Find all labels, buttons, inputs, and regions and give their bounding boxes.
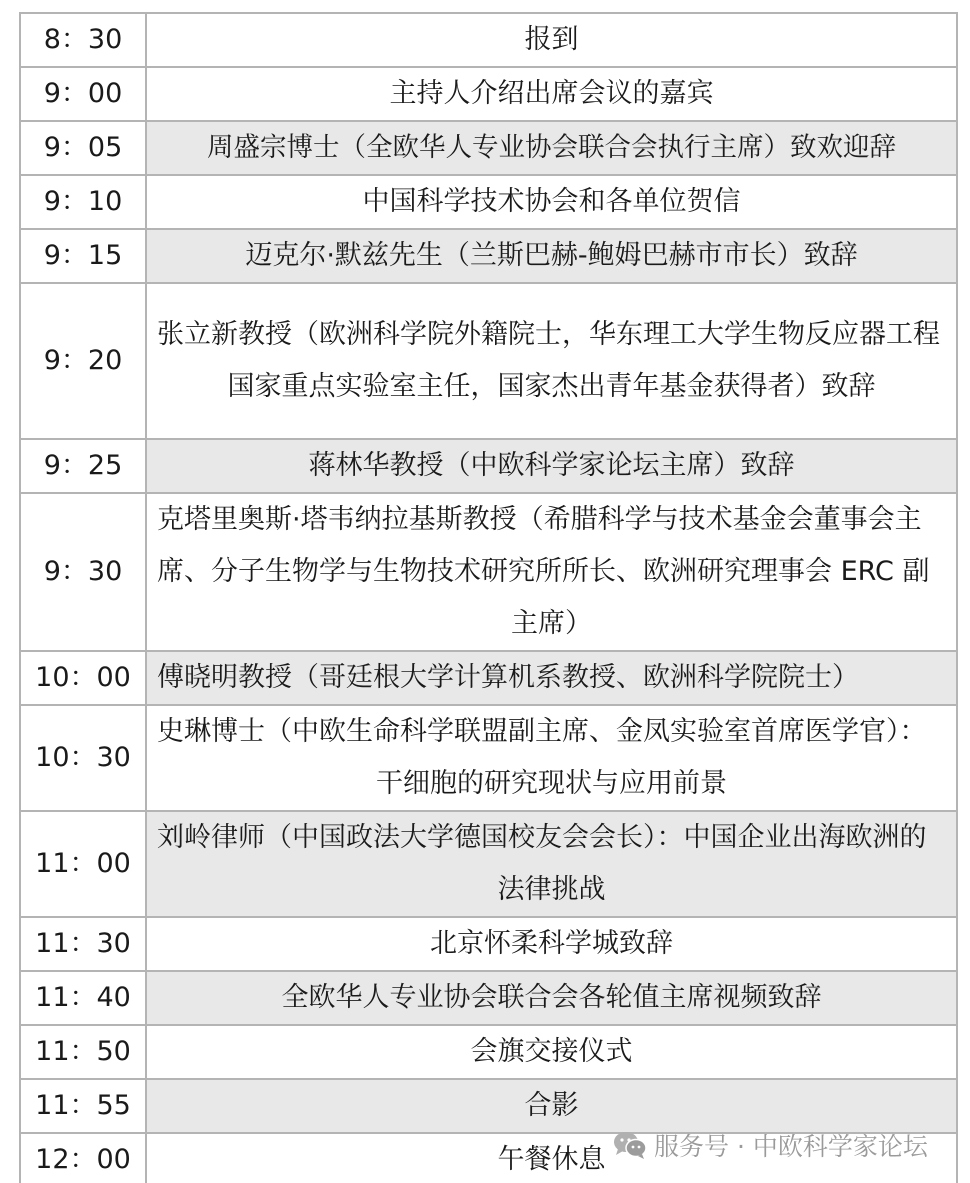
agenda-time: 9：00 — [20, 67, 146, 121]
agenda-time: 9：25 — [20, 439, 146, 493]
agenda-row: 11：00 刘岭律师（中国政法大学德国校友会会长）：中国企业出海欧洲的法律挑战 — [20, 811, 957, 917]
agenda-row: 9：25 蒋林华教授（中欧科学家论坛主席）致辞 — [20, 439, 957, 493]
agenda-time: 10：30 — [20, 705, 146, 811]
watermark-text: 服务号 · 中欧科学家论坛 — [654, 1127, 928, 1163]
agenda-event: 北京怀柔科学城致辞 — [146, 917, 957, 971]
agenda-event: 张立新教授（欧洲科学院外籍院士，华东理工大学生物反应器工程国家重点实验室主任，国… — [146, 283, 957, 439]
agenda-event: 合影 — [146, 1079, 957, 1133]
agenda-event: 史琳博士（中欧生命科学联盟副主席、金凤实验室首席医学官）：干细胞的研究现状与应用… — [146, 705, 957, 811]
agenda-event-text: 张立新教授（欧洲科学院外籍院士，华东理工大学生物反应器工程国家重点实验室主任，国… — [157, 309, 946, 413]
agenda-row: 11：50 会旗交接仪式 — [20, 1025, 957, 1079]
agenda-row: 9：30 克塔里奥斯·塔韦纳拉基斯教授（希腊科学与技术基金会董事会主席、分子生物… — [20, 493, 957, 651]
agenda-row: 9：20 张立新教授（欧洲科学院外籍院士，华东理工大学生物反应器工程国家重点实验… — [20, 283, 957, 439]
agenda-time: 9：30 — [20, 493, 146, 651]
wechat-icon — [612, 1130, 648, 1160]
agenda-time: 9：15 — [20, 229, 146, 283]
agenda-event: 全欧华人专业协会联合会各轮值主席视频致辞 — [146, 971, 957, 1025]
agenda-event: 周盛宗博士（全欧华人专业协会联合会执行主席）致欢迎辞 — [146, 121, 957, 175]
agenda-time: 9：10 — [20, 175, 146, 229]
agenda-row: 9：15 迈克尔·默兹先生（兰斯巴赫-鲍姆巴赫市市长）致辞 — [20, 229, 957, 283]
agenda-row: 9：10 中国科学技术协会和各单位贺信 — [20, 175, 957, 229]
agenda-row: 9：05 周盛宗博士（全欧华人专业协会联合会执行主席）致欢迎辞 — [20, 121, 957, 175]
agenda-row: 10：00 傅晓明教授（哥廷根大学计算机系教授、欧洲科学院院士） — [20, 651, 957, 705]
agenda-time: 8：30 — [20, 13, 146, 67]
agenda-row: 11：40 全欧华人专业协会联合会各轮值主席视频致辞 — [20, 971, 957, 1025]
agenda-event: 蒋林华教授（中欧科学家论坛主席）致辞 — [146, 439, 957, 493]
agenda-event-text: 刘岭律师（中国政法大学德国校友会会长）：中国企业出海欧洲的法律挑战 — [157, 812, 946, 916]
agenda-time: 11：40 — [20, 971, 146, 1025]
agenda-row: 9：00 主持人介绍出席会议的嘉宾 — [20, 67, 957, 121]
agenda-row: 11：55 合影 — [20, 1079, 957, 1133]
agenda-time: 10：00 — [20, 651, 146, 705]
agenda-event: 报到 — [146, 13, 957, 67]
agenda-event: 克塔里奥斯·塔韦纳拉基斯教授（希腊科学与技术基金会董事会主席、分子生物学与生物技… — [146, 493, 957, 651]
agenda-time: 9：05 — [20, 121, 146, 175]
agenda-row: 11：30 北京怀柔科学城致辞 — [20, 917, 957, 971]
agenda-event: 主持人介绍出席会议的嘉宾 — [146, 67, 957, 121]
agenda-event: 迈克尔·默兹先生（兰斯巴赫-鲍姆巴赫市市长）致辞 — [146, 229, 957, 283]
agenda-event: 会旗交接仪式 — [146, 1025, 957, 1079]
agenda-time: 12：00 — [20, 1133, 146, 1183]
agenda-time: 11：00 — [20, 811, 146, 917]
agenda-time: 11：50 — [20, 1025, 146, 1079]
agenda-row: 8：30 报到 — [20, 13, 957, 67]
watermark: 服务号 · 中欧科学家论坛 — [612, 1128, 928, 1162]
agenda-event-text: 史琳博士（中欧生命科学联盟副主席、金凤实验室首席医学官）：干细胞的研究现状与应用… — [157, 706, 946, 810]
agenda-time: 11：55 — [20, 1079, 146, 1133]
agenda-time: 9：20 — [20, 283, 146, 439]
agenda-event: 刘岭律师（中国政法大学德国校友会会长）：中国企业出海欧洲的法律挑战 — [146, 811, 957, 917]
agenda-event: 傅晓明教授（哥廷根大学计算机系教授、欧洲科学院院士） — [146, 651, 957, 705]
agenda-row: 10：30 史琳博士（中欧生命科学联盟副主席、金凤实验室首席医学官）：干细胞的研… — [20, 705, 957, 811]
agenda-event: 中国科学技术协会和各单位贺信 — [146, 175, 957, 229]
agenda-event-text: 克塔里奥斯·塔韦纳拉基斯教授（希腊科学与技术基金会董事会主席、分子生物学与生物技… — [157, 494, 946, 650]
agenda-table: 8：30 报到 9：00 主持人介绍出席会议的嘉宾 9：05 周盛宗博士（全欧华… — [19, 12, 958, 1183]
agenda-time: 11：30 — [20, 917, 146, 971]
